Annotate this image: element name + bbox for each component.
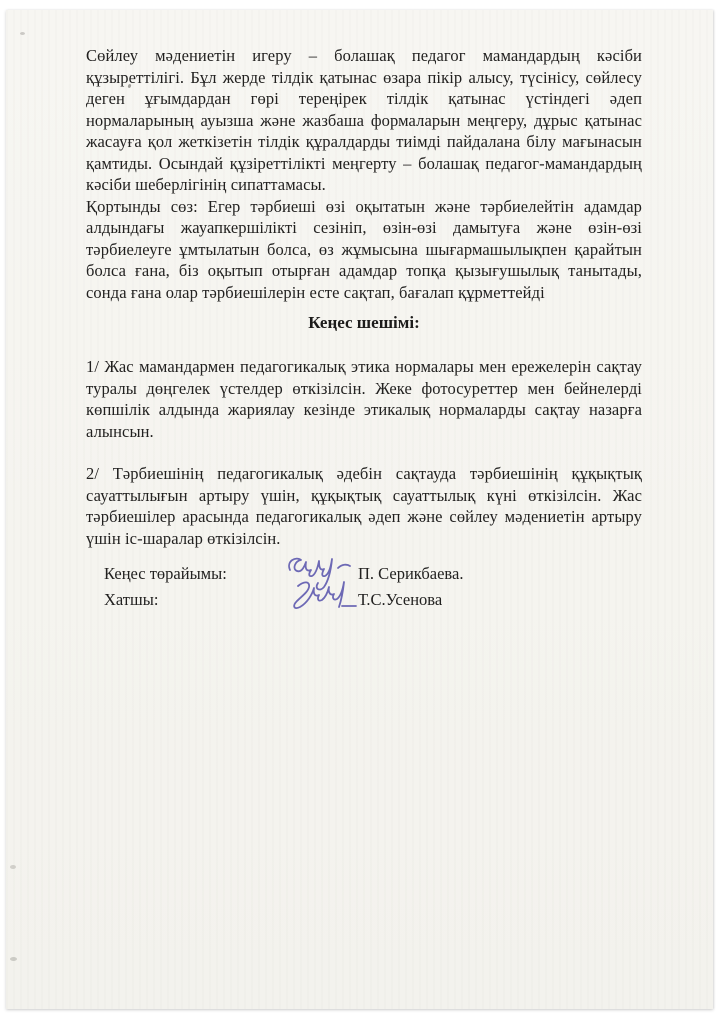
document-body: Сөйлеу мәдениетін игеру – болашақ педаго… <box>6 10 713 549</box>
signature-block: Кеңес төрайымы: Хатшы: П. Серикбаева. Т.… <box>6 552 713 642</box>
resolution-item-1: 1/ Жас мамандармен педагогикалық этика н… <box>86 356 642 442</box>
scan-speck <box>20 32 25 35</box>
scan-speck <box>10 865 16 869</box>
resolution-item-2: 2/ Тәрбиешінің педагогикалық әдебін сақт… <box>86 463 642 549</box>
scan-speck <box>10 957 17 961</box>
signature-role-chairwoman: Кеңес төрайымы: <box>104 563 227 584</box>
scan-speck <box>344 499 346 501</box>
paragraph-speech-culture: Сөйлеу мәдениетін игеру – болашақ педаго… <box>86 45 642 196</box>
paragraph-conclusion: Қортынды сөз: Егер тәрбиеші өзі оқытатын… <box>86 196 642 304</box>
signature-role-secretary: Хатшы: <box>104 589 158 610</box>
scanned-document-page: Сөйлеу мәдениетін игеру – болашақ педаго… <box>6 10 713 1009</box>
handwritten-signatures <box>276 554 386 624</box>
section-heading-council-decision: Кеңес шешімі: <box>86 312 642 333</box>
